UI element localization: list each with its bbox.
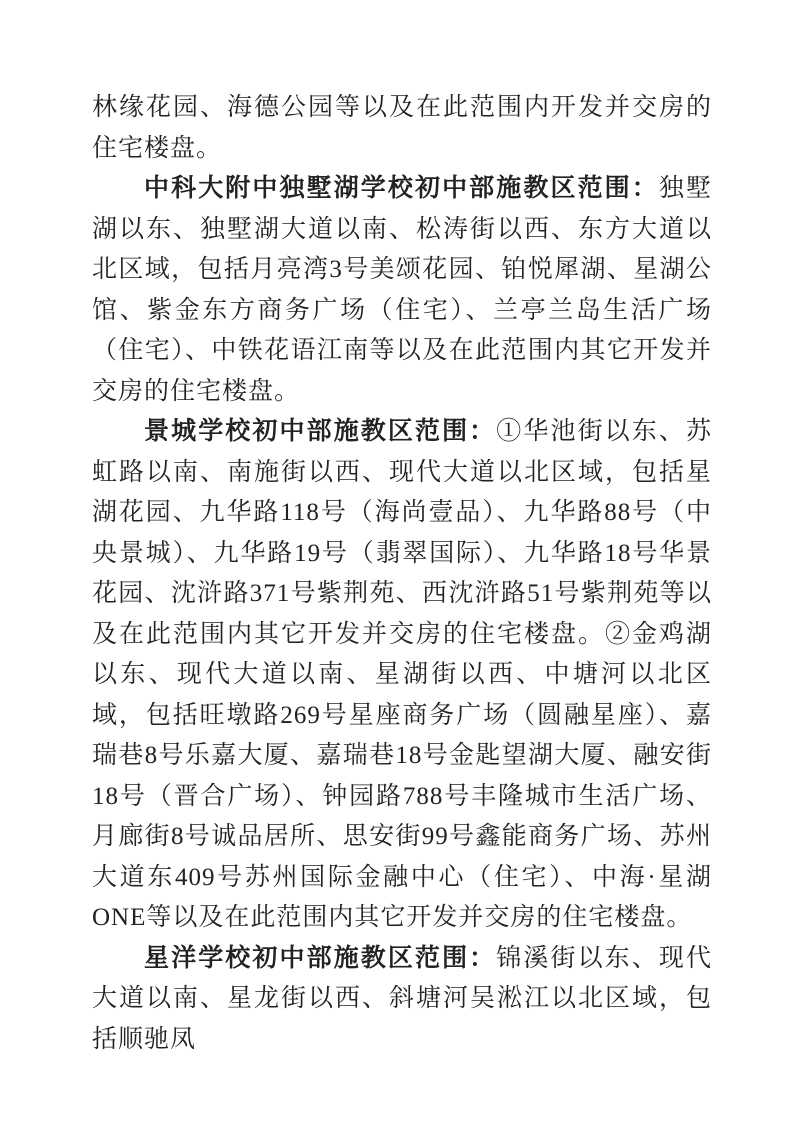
paragraph-jingcheng-school: 景城学校初中部施教区范围：①华池街以东、苏虹路以南、南施街以西、现代大道以北区域… <box>92 412 712 939</box>
paragraph-continuation: 林缘花园、海德公园等以及在此范围内开发并交房的住宅楼盘。 <box>92 88 712 169</box>
paragraph-text: 林缘花园、海德公园等以及在此范围内开发并交房的住宅楼盘。 <box>92 94 712 162</box>
paragraph-text: ①华池街以东、苏虹路以南、南施街以西、现代大道以北区域，包括星湖花园、九华路11… <box>92 418 712 931</box>
document-content: 林缘花园、海德公园等以及在此范围内开发并交房的住宅楼盘。 中科大附中独墅湖学校初… <box>92 88 712 1060</box>
paragraph-zhongkeda-fuzhong-dushu-lake-school: 中科大附中独墅湖学校初中部施教区范围：独墅湖以东、独墅湖大道以南、松涛街以西、东… <box>92 169 712 412</box>
section-heading: 景城学校初中部施教区范围： <box>144 418 496 445</box>
section-heading: 星洋学校初中部施教区范围： <box>144 945 496 972</box>
section-heading: 中科大附中独墅湖学校初中部施教区范围： <box>144 175 659 202</box>
paragraph-text: 独墅湖以东、独墅湖大道以南、松涛街以西、东方大道以北区域，包括月亮湾3号美颂花园… <box>92 175 712 405</box>
document-page: 林缘花园、海德公园等以及在此范围内开发并交房的住宅楼盘。 中科大附中独墅湖学校初… <box>0 0 800 1131</box>
paragraph-xingyang-school: 星洋学校初中部施教区范围：锦溪街以东、现代大道以南、星龙街以西、斜塘河吴淞江以北… <box>92 939 712 1061</box>
